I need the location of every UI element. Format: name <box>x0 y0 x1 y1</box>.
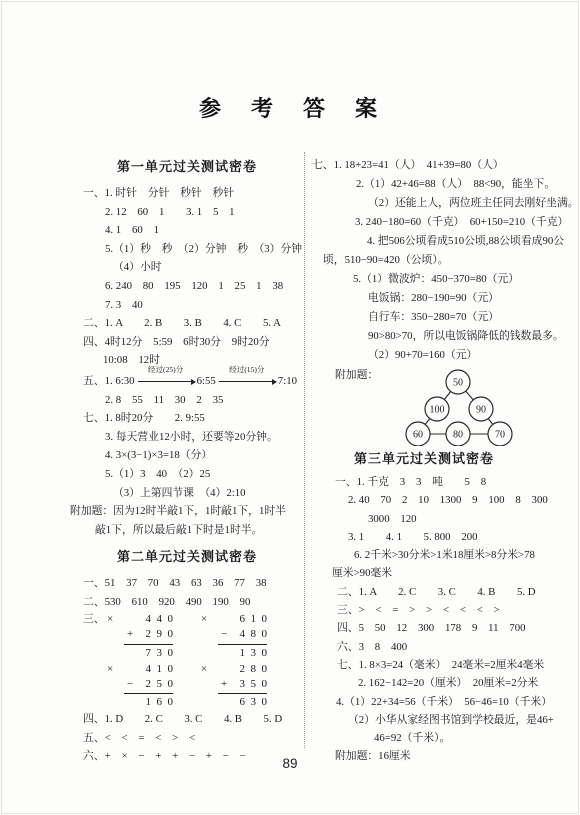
time-elapsed-line: 五、1. 6:30经过(25)分6:55经过(15)分7:10 <box>70 370 304 391</box>
answer-line: 10:08 12时 <box>70 351 304 370</box>
answer-line: 3000 120 <box>310 510 538 528</box>
operator: + <box>201 677 227 692</box>
operand: 610 <box>240 612 273 627</box>
elapsed-arrow-icon: 经过(15)分 <box>219 370 275 382</box>
arithmetic-row: 三、 ×440 +290 730 ×610 −480 130 <box>70 612 304 660</box>
answer-line: 三、> < = > > < < < > <box>310 601 538 619</box>
answer-line: 2. 8 55 11 30 2 35 <box>70 391 304 410</box>
answer-line: （2）还能上人，两位班主任同去刚好坐满。 <box>310 194 538 213</box>
sum-rule <box>124 693 173 694</box>
answer-line: 3. 240−180=60（千克） 60+150=210（千克） <box>310 213 538 232</box>
bonus-label: 附加题： <box>335 366 378 385</box>
arithmetic-row: ×410 −250 160 ×280 +350 630 <box>70 662 304 710</box>
answer-line: 自行车：350−280=70（元） <box>310 308 538 327</box>
answer-line: 2. 40 70 2 10 1300 9 100 8 300 <box>310 491 538 509</box>
answer-line: 电饭锅：280−190=90（元） <box>310 289 538 308</box>
answer-line: 二、530 610 920 490 190 90 <box>70 593 304 612</box>
operator: − <box>107 677 133 692</box>
answer-line: （2）小华从家经图书馆到学校最近，是46+ <box>310 711 538 729</box>
result: 130 <box>240 646 273 661</box>
answer-line: 一、1. 千克 3 3 吨 5 8 <box>310 473 538 491</box>
answer-line: 5.（1）秒 秒 （2）分钟 秒 （3）分钟 <box>70 240 304 259</box>
wrong-mark: × <box>201 662 207 677</box>
wrong-mark: × <box>107 662 113 677</box>
arith-problem: ×440 +290 730 <box>107 612 173 660</box>
operand: 410 <box>146 662 179 677</box>
arith-problem: ×610 −480 130 <box>201 612 267 660</box>
answer-line: 七、1. 18+23=41（人） 41+39=80（人） <box>310 156 538 175</box>
operand: 250 <box>146 677 179 692</box>
answer-line: 厘米>90毫米 <box>310 564 538 582</box>
node-value: 80 <box>453 430 463 441</box>
answer-line: 附加题：16厘米 <box>310 747 538 765</box>
answer-line: 四、4时12分 5:59 6时30分 9时20分 <box>70 333 304 352</box>
answer-line: 4. 把506公顷看成510公顷,88公顷看成90公 <box>310 232 538 251</box>
time-value: 6:55 <box>197 375 216 387</box>
bonus-question-row: 附加题： 50 100 90 60 80 70 <box>310 366 538 446</box>
answer-line: 七、1. 8时20分 2. 9:55 <box>70 409 304 428</box>
answer-line: （3）上第四节课 （4）2:10 <box>70 484 304 503</box>
left-column: 第一单元过关测试密卷 一、1. 时针 分针 秒针 秒针 2. 12 60 1 3… <box>70 158 304 766</box>
answer-line: 五、< < = < > < <box>70 729 304 748</box>
column-divider <box>304 152 305 748</box>
unit2-heading: 第二单元过关测试密卷 <box>70 548 304 566</box>
question-marker: 三、 <box>83 612 107 660</box>
answer-line: 3. 每天营业12小时，还要等20分钟。 <box>70 428 304 447</box>
answer-line: 5.（1）微波炉：450−370=80（元） <box>310 270 538 289</box>
answer-line: 6. 2千米>30分米>1米18厘米>8分米>78 <box>310 546 538 564</box>
answer-line: 四、1. D 2. C 3. C 4. B 5. D <box>70 710 304 729</box>
time-value: 7:10 <box>278 375 297 387</box>
wrong-mark: × <box>201 612 207 627</box>
operator: + <box>107 627 133 642</box>
answer-line: （2）90+70=160（元） <box>310 346 538 365</box>
arith-problem: ×410 −250 160 <box>107 662 173 710</box>
page-number: 89 <box>262 756 318 771</box>
answer-line: 3. 1 4. 1 5. 800 200 <box>310 528 538 546</box>
unit1-heading: 第一单元过关测试密卷 <box>70 158 304 176</box>
answer-line: 四、5 50 12 300 178 9 11 700 <box>310 619 538 637</box>
answer-line: 附加题：因为12时半敲1下，1时敲1下，1时半 <box>70 502 304 521</box>
arith-problem: ×280 +350 630 <box>201 662 267 710</box>
answer-line: 2. 162−142=20（厘米） 20厘米=2分米 <box>310 674 538 692</box>
answer-line: 7. 3 40 <box>70 296 304 315</box>
time-value: 6:30 <box>115 375 134 387</box>
answer-line: 90>80>70，所以电饭锅降低的钱数最多。 <box>310 327 538 346</box>
node-value: 50 <box>453 378 463 389</box>
wrong-mark: × <box>107 612 113 627</box>
number-triangle-diagram: 50 100 90 60 80 70 <box>404 368 520 446</box>
answer-line: （4）小时 <box>70 258 304 277</box>
answers-title: 参 考 答 案 <box>0 92 580 123</box>
answer-line: 4.（1）22+34=56（千米） 56−46=10（千米） <box>310 693 538 711</box>
operator: − <box>201 627 227 642</box>
operand: 480 <box>240 627 273 642</box>
answer-text: 五、1. <box>83 375 115 387</box>
answer-line: 4. 3×(3−1)×3=18（分） <box>70 446 304 465</box>
operand: 350 <box>240 677 273 692</box>
right-column: 七、1. 18+23=41（人） 41+39=80（人） 2.（1）42+46=… <box>310 150 538 766</box>
answer-line: 一、51 37 70 43 63 36 77 38 <box>70 574 304 593</box>
answer-line: 4. 1 60 1 <box>70 221 304 240</box>
result: 630 <box>240 695 273 710</box>
result: 730 <box>146 646 179 661</box>
answer-line: 顷，510−90=420（公顷）。 <box>310 251 538 270</box>
unit3-section: 第三单元过关测试密卷 一、1. 千克 3 3 吨 5 8 2. 40 70 2 … <box>310 450 538 766</box>
answer-line: 2. 12 60 1 3. 1 5 1 <box>70 203 304 222</box>
node-value: 70 <box>495 430 505 441</box>
unit3-heading: 第三单元过关测试密卷 <box>310 450 538 468</box>
result: 160 <box>146 695 179 710</box>
operand: 280 <box>240 662 273 677</box>
node-value: 60 <box>413 430 423 441</box>
sum-rule <box>218 693 267 694</box>
answer-line: 七、1. 8×3=24（毫米） 24毫米=2厘米4毫米 <box>310 656 538 674</box>
operand: 440 <box>146 612 179 627</box>
node-value: 100 <box>430 405 445 416</box>
answer-line: 6. 240 80 195 120 1 25 1 38 <box>70 277 304 296</box>
sum-rule <box>124 644 173 645</box>
elapsed-label: 经过(15)分 <box>229 361 264 380</box>
elapsed-label: 经过(25)分 <box>148 361 183 380</box>
answer-line: 一、1. 时针 分针 秒针 秒针 <box>70 184 304 203</box>
answer-line: 5.（1）3 40 （2）25 <box>70 465 304 484</box>
answer-line: 46=92（千米）。 <box>310 729 538 747</box>
node-value: 90 <box>476 405 486 416</box>
answer-line: 2.（1）42+46=88（人） 88<90，能坐下。 <box>310 175 538 194</box>
elapsed-arrow-icon: 经过(25)分 <box>138 370 194 382</box>
answer-line: 六、3 8 400 <box>310 638 538 656</box>
answer-line: 敲1下，所以最后敲1下时是1时半。 <box>70 521 304 540</box>
answer-line: 二、1. A 2. C 3. C 4. B 5. D <box>310 583 538 601</box>
operand: 290 <box>146 627 179 642</box>
answer-line: 二、1. A 2. B 3. B 4. C 5. A <box>70 314 304 333</box>
sum-rule <box>218 644 267 645</box>
